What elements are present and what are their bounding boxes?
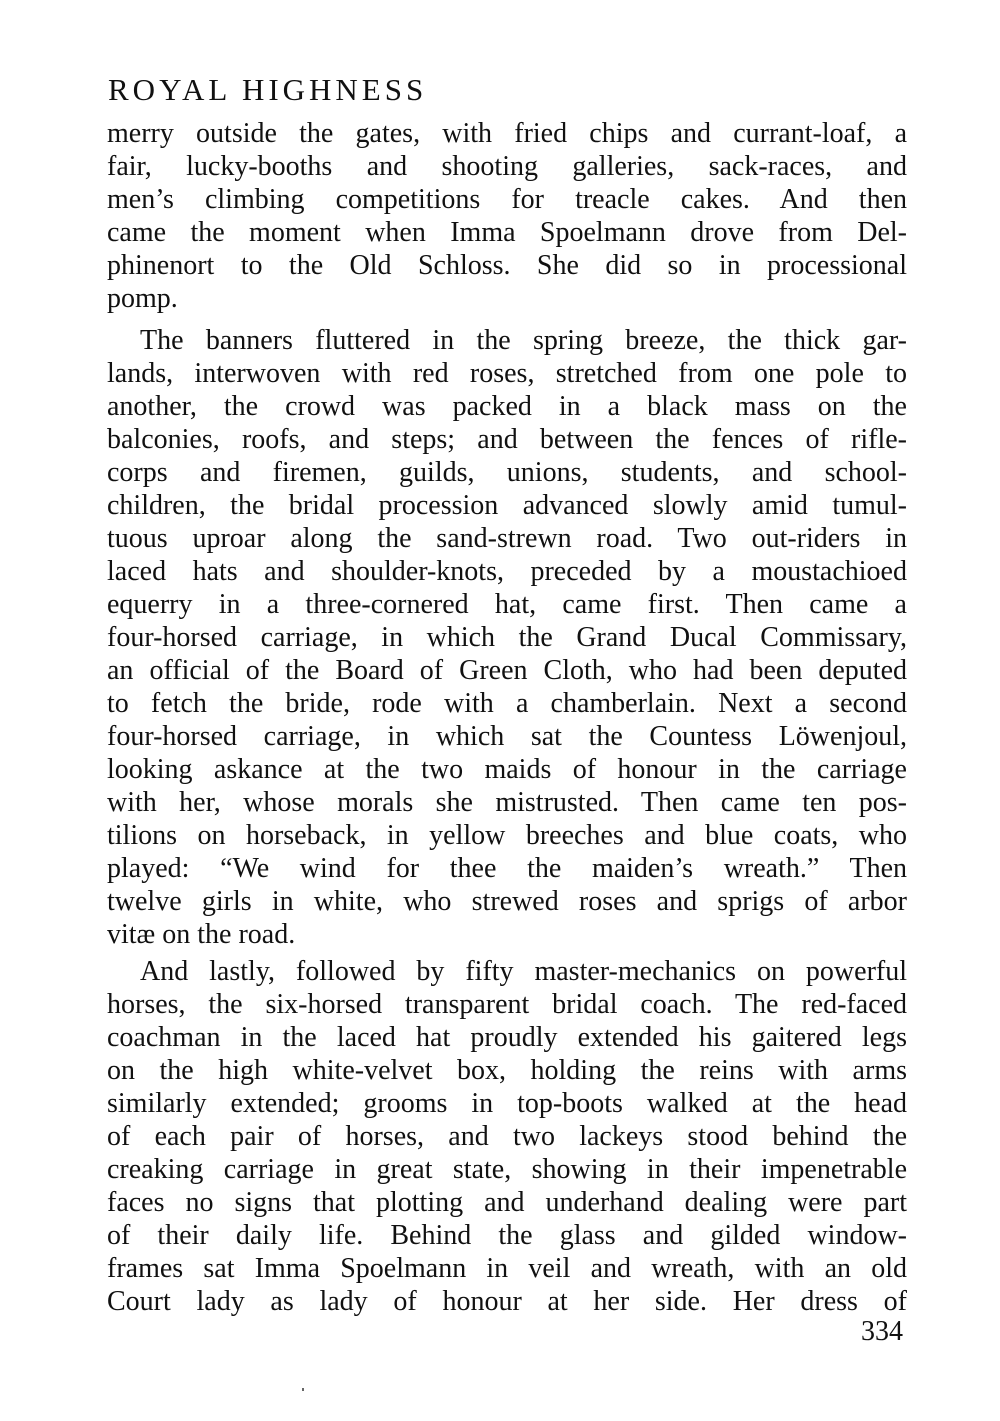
text-line: equerry in a three-cornered hat, came fi… (107, 588, 907, 621)
book-page: ROYAL HIGHNESS merry outside the gates, … (0, 0, 1000, 1421)
text-line: horses, the six-horsed transparent brida… (107, 988, 907, 1021)
text-line: creaking carriage in great state, showin… (107, 1153, 907, 1186)
text-line: on the high white-velvet box, holding th… (107, 1054, 907, 1087)
text-line: another, the crowd was packed in a black… (107, 390, 907, 423)
text-line: children, the bridal procession advanced… (107, 489, 907, 522)
text-line: fair, lucky-booths and shooting gallerie… (107, 150, 907, 183)
text-line: came the moment when Imma Spoelmann drov… (107, 216, 907, 249)
text-line: twelve girls in white, who strewed roses… (107, 885, 907, 918)
text-line: merry outside the gates, with fried chip… (107, 117, 907, 150)
text-line: four-horsed carriage, in which the Grand… (107, 621, 907, 654)
text-line: with her, whose morals she mistrusted. T… (107, 786, 907, 819)
text-line: corps and firemen, guilds, unions, stude… (107, 456, 907, 489)
text-line: balconies, roofs, and steps; and between… (107, 423, 907, 456)
text-line: men’s climbing competitions for treacle … (107, 183, 907, 216)
text-line: frames sat Imma Spoelmann in veil and wr… (107, 1252, 907, 1285)
scan-artifact (302, 1388, 304, 1391)
text-line: of their daily life. Behind the glass an… (107, 1219, 907, 1252)
text-line: coachman in the laced hat proudly extend… (107, 1021, 907, 1054)
text-line: to fetch the bride, rode with a chamberl… (107, 687, 907, 720)
page-number: 334 (861, 1315, 903, 1348)
text-line: pomp. (107, 282, 907, 315)
text-line: lands, interwoven with red roses, stretc… (107, 357, 907, 390)
text-line: tuous uproar along the sand-strewn road.… (107, 522, 907, 555)
text-line: Court lady as lady of honour at her side… (107, 1285, 907, 1318)
text-line: The banners fluttered in the spring bree… (140, 324, 907, 357)
text-line: of each pair of horses, and two lackeys … (107, 1120, 907, 1153)
text-line: faces no signs that plotting and underha… (107, 1186, 907, 1219)
text-line: laced hats and shoulder-knots, preceded … (107, 555, 907, 588)
text-line: And lastly, followed by fifty master-mec… (140, 955, 907, 988)
text-line: looking askance at the two maids of hono… (107, 753, 907, 786)
text-line: tilions on horseback, in yellow breeches… (107, 819, 907, 852)
text-line: vitæ on the road. (107, 918, 907, 951)
text-line: similarly extended; grooms in top-boots … (107, 1087, 907, 1120)
running-head: ROYAL HIGHNESS (108, 70, 427, 110)
text-line: four-horsed carriage, in which sat the C… (107, 720, 907, 753)
text-line: phinenort to the Old Schloss. She did so… (107, 249, 907, 282)
text-line: played: “We wind for thee the maiden’s w… (107, 852, 907, 885)
text-line: an official of the Board of Green Cloth,… (107, 654, 907, 687)
